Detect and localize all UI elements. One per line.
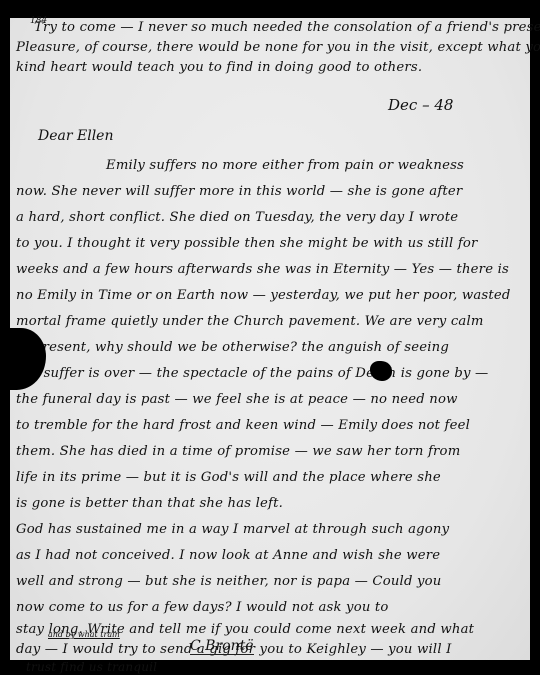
letter-line: no Emily in Time or on Earth now — yeste… (16, 288, 511, 303)
letter-line: life in its prime — but it is God's will… (16, 470, 441, 485)
letter-line: at present, why should we be otherwise? … (16, 340, 449, 355)
letter-page: 184 Try to come — I never so much needed… (10, 18, 530, 660)
letter-line: to tremble for the hard frost and keen w… (16, 418, 470, 433)
letter-line: Try to come — I never so much needed the… (34, 20, 540, 35)
letter-date: Dec – 48 (388, 96, 453, 114)
letter-line: a hard, short conflict. She died on Tues… (16, 210, 458, 225)
letter-line: well and strong — but she is neither, no… (16, 574, 441, 589)
salutation: Dear Ellen (38, 128, 113, 144)
letter-line: as I had not conceived. I now look at An… (16, 548, 440, 563)
letter-line: is gone is better than that she has left… (16, 496, 283, 511)
letter-line: now. She never will suffer more in this … (16, 184, 462, 199)
letter-line: her suffer is over — the spectacle of th… (16, 366, 488, 381)
letter-line: them. She has died in a time of promise … (16, 444, 460, 459)
letter-line: God has sustained me in a way I marvel a… (16, 522, 449, 537)
letter-line: now come to us for a few days? I would n… (16, 600, 389, 615)
letter-line: Emily suffers no more either from pain o… (106, 158, 464, 173)
letter-line: kind heart would teach you to find in do… (16, 60, 422, 75)
signature: C Brontë (190, 638, 254, 655)
letter-line: to you. I thought it very possible then … (16, 236, 478, 251)
interlinear-insert: and by what train (48, 630, 120, 639)
letter-line: Pleasure, of course, there would be none… (16, 40, 540, 55)
ink-blot (370, 361, 392, 381)
letter-line: the funeral day is past — we feel she is… (16, 392, 458, 407)
letter-line: weeks and a few hours afterwards she was… (16, 262, 509, 277)
letter-line: mortal frame quietly under the Church pa… (16, 314, 484, 329)
letter-line: trust find us tranquil (26, 660, 157, 674)
